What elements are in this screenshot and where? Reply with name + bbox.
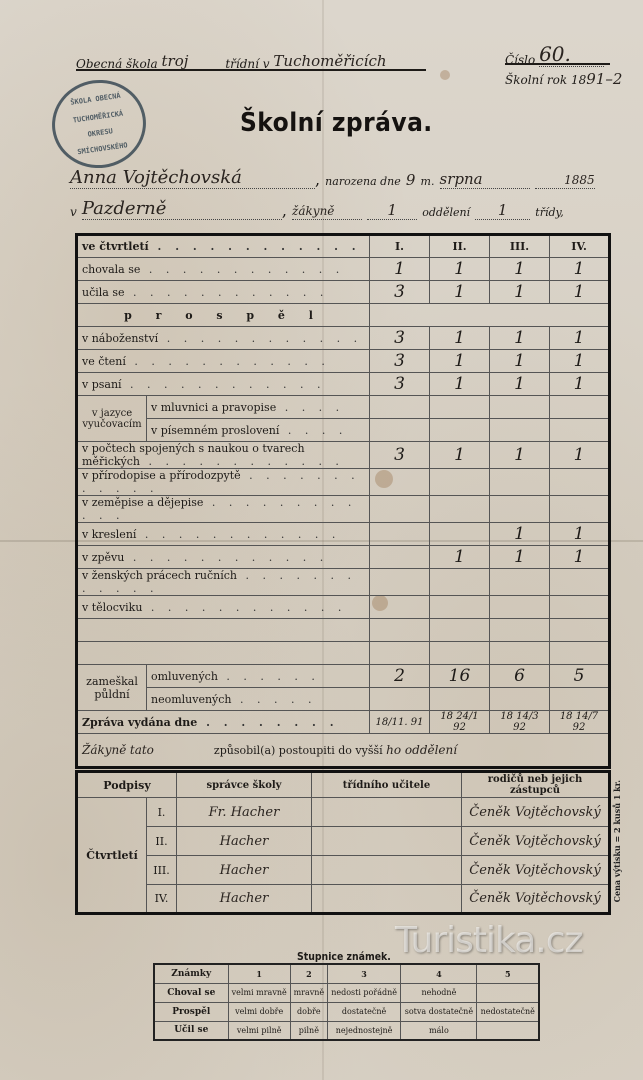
signature-column-header: správce školy <box>177 772 312 798</box>
quarter-header: I. <box>370 235 430 258</box>
signature-row: IV.HacherČeněk Vojtěchovský <box>77 885 610 914</box>
grade-cell <box>430 396 490 419</box>
number-field: Číslo 60. <box>505 42 610 62</box>
grade-cell <box>370 419 430 442</box>
grade-cell: 3 <box>370 442 430 469</box>
scale-header: 5 <box>477 964 539 983</box>
absence-count: 16 <box>430 665 490 688</box>
absence-count <box>430 688 490 711</box>
scale-value: velmi mravně <box>228 983 290 1002</box>
issued-date: 18/11. 91 <box>370 711 430 734</box>
number-rule <box>505 63 610 65</box>
absence-group-label: zameškal půldní <box>77 665 147 711</box>
grade-cell <box>550 496 610 523</box>
grade-cell <box>550 642 610 665</box>
class-teacher-signature <box>312 798 462 827</box>
signatures-heading: Podpisy <box>77 772 177 798</box>
grade-cell <box>490 619 550 642</box>
subject-row: v tělocviku . . . . . . . . . . . . <box>77 596 610 619</box>
quarter-header: IV. <box>550 235 610 258</box>
grade-cell <box>550 419 610 442</box>
head-teacher-signature: Hacher <box>177 827 312 856</box>
grade-cell: 1 <box>490 546 550 569</box>
row-label: v přírodopise a přírodozpytě . . . . . .… <box>77 469 370 496</box>
grade-cell <box>430 496 490 523</box>
progress-heading-row: p r o s p ě l <box>77 304 610 327</box>
absence-count: 6 <box>490 665 550 688</box>
scale-header: 2 <box>290 964 327 983</box>
scale-value <box>477 983 539 1002</box>
grade-cell <box>550 596 610 619</box>
row-label <box>77 619 370 642</box>
row-label: neomluvených . . . . . <box>147 688 370 711</box>
issued-row: Zpráva vydána dne . . . . . . . .18/11. … <box>77 711 610 734</box>
grade-cell: 1 <box>430 546 490 569</box>
grade-cell: 3 <box>370 350 430 373</box>
grade-cell <box>430 619 490 642</box>
grade-cell: 1 <box>550 546 610 569</box>
pupil-label: žákyně <box>292 204 334 218</box>
issued-date: 18 14/3 92 <box>490 711 550 734</box>
head-teacher-signature: Hacher <box>177 885 312 914</box>
school-year-label: Školní rok 18 <box>505 73 586 87</box>
school-classes-value: troj <box>162 52 189 70</box>
row-label: v písemném proslovení . . . . <box>147 419 370 442</box>
grade-cell: 1 <box>430 327 490 350</box>
parent-signature: Čeněk Vojtěchovský <box>462 798 610 827</box>
grade-cell: 1 <box>430 350 490 373</box>
place-value: Pazderně <box>82 198 167 219</box>
quarter-label-cell: ve čtvrtletí . . . . . . . . . . . . <box>77 235 370 258</box>
scale-value: sotva dostatečně <box>401 1002 477 1021</box>
quarter-group-label: Čtvrtletí <box>77 798 147 914</box>
grade-cell <box>430 596 490 619</box>
signature-row: II.HacherČeněk Vojtěchovský <box>77 827 610 856</box>
grade-cell <box>370 596 430 619</box>
issued-date: 18 24/1 92 <box>430 711 490 734</box>
place-prefix: v <box>70 205 77 219</box>
subject-row: v přírodopise a přírodozpytě . . . . . .… <box>77 469 610 496</box>
grade-cell: 1 <box>430 281 490 304</box>
grade-cell: 1 <box>550 373 610 396</box>
class-teacher-signature <box>312 827 462 856</box>
division-label: oddělení <box>422 206 470 219</box>
row-label: ve čtení . . . . . . . . . . . . <box>77 350 370 373</box>
school-header-line: Obecná škola troj třídní v Tuchoměřicích <box>76 52 426 70</box>
grade-cell: 1 <box>550 258 610 281</box>
scale-value: nejednostejně <box>327 1021 401 1040</box>
subject-row: v zeměpise a dějepise . . . . . . . . . … <box>77 496 610 523</box>
grade-cell: 3 <box>370 373 430 396</box>
subject-row: ve čtení . . . . . . . . . . . .3111 <box>77 350 610 373</box>
grade-cell <box>490 596 550 619</box>
quarter-header: II. <box>430 235 490 258</box>
division-value: 1 <box>387 201 397 219</box>
row-label: v kreslení . . . . . . . . . . . . <box>77 523 370 546</box>
grade-cell <box>430 569 490 596</box>
grade-cell: 1 <box>550 281 610 304</box>
scale-value: pilně <box>290 1021 327 1040</box>
grade-cell <box>550 469 610 496</box>
grade-cell: 1 <box>490 258 550 281</box>
scale-header: 4 <box>401 964 477 983</box>
header-rule <box>76 69 426 71</box>
born-month: srpna <box>440 170 483 188</box>
scale-row-label: Učil se <box>154 1021 228 1040</box>
issued-label: Zpráva vydána dne . . . . . . . . <box>77 711 370 734</box>
absence-count: 5 <box>550 665 610 688</box>
row-label <box>77 642 370 665</box>
signature-column-header: třídního učitele <box>312 772 462 798</box>
scale-row: Choval sevelmi mravněmravněnedosti pořád… <box>154 983 539 1002</box>
row-label: v tělocviku . . . . . . . . . . . . <box>77 596 370 619</box>
subject-row <box>77 619 610 642</box>
grade-cell <box>370 396 430 419</box>
parent-signature: Čeněk Vojtěchovský <box>462 827 610 856</box>
class-value: 1 <box>498 201 508 219</box>
row-label: v psaní . . . . . . . . . . . . <box>77 373 370 396</box>
grade-cell <box>430 523 490 546</box>
grades-table: ve čtvrtletí . . . . . . . . . . . .I.II… <box>75 233 611 769</box>
grade-cell <box>490 496 550 523</box>
class-teacher-signature <box>312 885 462 914</box>
grade-cell: 1 <box>550 442 610 469</box>
scale-row-label: Prospěl <box>154 1002 228 1021</box>
scale-header: 3 <box>327 964 401 983</box>
absence-count <box>370 688 430 711</box>
grade-cell: 1 <box>490 442 550 469</box>
grade-cell <box>370 619 430 642</box>
language-group-label: v jazyce vyučovacím <box>77 396 147 442</box>
signature-row: ČtvrtletíI.Fr. HacherČeněk Vojtěchovský <box>77 798 610 827</box>
school-year: Školní rok 1891–2 <box>505 70 622 88</box>
grade-cell: 3 <box>370 281 430 304</box>
born-month-label: m. <box>421 175 435 188</box>
scale-value: mravně <box>290 983 327 1002</box>
signature-row: III.HacherČeněk Vojtěchovský <box>77 856 610 885</box>
grade-cell: 1 <box>430 258 490 281</box>
place-line: v Pazderně, žákyně 1 oddělení 1 třídy, <box>70 198 610 222</box>
absence-count: 2 <box>370 665 430 688</box>
absence-count <box>490 688 550 711</box>
grade-cell: 3 <box>370 327 430 350</box>
grade-cell <box>490 396 550 419</box>
scale-header: 1 <box>228 964 290 983</box>
absence-count <box>550 688 610 711</box>
parent-signature: Čeněk Vojtěchovský <box>462 885 610 914</box>
grade-cell: 1 <box>490 373 550 396</box>
promotion-row: Žákyně tatozpůsobil(a) postoupiti do vyš… <box>77 734 610 768</box>
grade-scale-table: Známky12345Choval sevelmi mravněmravněne… <box>153 963 540 1041</box>
parent-signature: Čeněk Vojtěchovský <box>462 856 610 885</box>
conduct-row: učila se . . . . . . . . . . . .3111 <box>77 281 610 304</box>
scale-header-row: Známky12345 <box>154 964 539 983</box>
conduct-row: chovala se . . . . . . . . . . . .1111 <box>77 258 610 281</box>
quarter-header: III. <box>490 235 550 258</box>
grade-cell <box>490 469 550 496</box>
subject-row: v náboženství . . . . . . . . . . . .311… <box>77 327 610 350</box>
row-label: omluvených . . . . . . <box>147 665 370 688</box>
scale-row: Prospělvelmi dobředobředostatečněsotva d… <box>154 1002 539 1021</box>
grade-cell: 1 <box>550 327 610 350</box>
head-teacher-signature: Fr. Hacher <box>177 798 312 827</box>
blank-cell <box>370 304 610 327</box>
quarter-label: I. <box>147 798 177 827</box>
scale-value: velmi pilně <box>228 1021 290 1040</box>
subject-row: v počtech spojených s naukou o tvarech m… <box>77 442 610 469</box>
row-label: chovala se . . . . . . . . . . . . <box>77 258 370 281</box>
stain <box>440 70 450 80</box>
scale-row: Učil sevelmi pilněpilněnejednostejněmálo <box>154 1021 539 1040</box>
grade-cell: 1 <box>550 350 610 373</box>
class-label: třídy, <box>535 206 564 219</box>
grade-cell: 1 <box>430 373 490 396</box>
grade-cell: 1 <box>430 442 490 469</box>
row-label: v mluvnici a pravopise . . . . <box>147 396 370 419</box>
subject-row: v kreslení . . . . . . . . . . . .11 <box>77 523 610 546</box>
scale-row-label: Choval se <box>154 983 228 1002</box>
row-label: v zpěvu . . . . . . . . . . . . <box>77 546 370 569</box>
grade-cell <box>430 642 490 665</box>
scale-value: velmi dobře <box>228 1002 290 1021</box>
location-value: Tuchoměřicích <box>273 52 386 70</box>
price-note: Cena výtisku = 2 kusů 1 kr. <box>612 780 622 902</box>
student-line: Anna Vojtěchovská, narozena dne 9 m. srp… <box>70 167 610 191</box>
row-label: v zeměpise a dějepise . . . . . . . . . … <box>77 496 370 523</box>
absence-row: neomluvených . . . . . <box>77 688 610 711</box>
grade-cell <box>550 619 610 642</box>
scale-header: Známky <box>154 964 228 983</box>
grade-cell: 1 <box>490 327 550 350</box>
subject-row: v psaní . . . . . . . . . . . .3111 <box>77 373 610 396</box>
promotion-text: Žákyně tatozpůsobil(a) postoupiti do vyš… <box>77 734 610 768</box>
scale-value: nedostatečně <box>477 1002 539 1021</box>
scale-value: málo <box>401 1021 477 1040</box>
grade-cell <box>430 419 490 442</box>
grade-cell: 1 <box>370 258 430 281</box>
scale-value: nehodně <box>401 983 477 1002</box>
born-day: 9 <box>406 171 416 189</box>
grade-cell <box>370 496 430 523</box>
scale-value: nedosti pořádně <box>327 983 401 1002</box>
row-label: v počtech spojených s naukou o tvarech m… <box>77 442 370 469</box>
quarter-label: IV. <box>147 885 177 914</box>
school-year-value: 91–2 <box>586 70 622 88</box>
subject-row: v jazyce vyučovacímv mluvnici a pravopis… <box>77 396 610 419</box>
grade-cell <box>490 569 550 596</box>
subject-row: v písemném proslovení . . . . <box>77 419 610 442</box>
scale-value: dostatečně <box>327 1002 401 1021</box>
grade-cell: 1 <box>550 523 610 546</box>
grade-cell <box>370 523 430 546</box>
grade-cell <box>370 546 430 569</box>
class-teacher-signature <box>312 856 462 885</box>
born-year: 1885 <box>564 173 595 187</box>
grade-cell <box>370 469 430 496</box>
issued-date: 18 14/7 92 <box>550 711 610 734</box>
watermark: Turistika.cz <box>395 920 582 961</box>
quarter-label: III. <box>147 856 177 885</box>
subject-row: v zpěvu . . . . . . . . . . . .111 <box>77 546 610 569</box>
quarter-label: II. <box>147 827 177 856</box>
scale-value: dobře <box>290 1002 327 1021</box>
student-name: Anna Vojtěchovská <box>70 167 242 188</box>
row-label: v ženských prácech ručních . . . . . . .… <box>77 569 370 596</box>
subject-row: v ženských prácech ručních . . . . . . .… <box>77 569 610 596</box>
born-label: narozena dne <box>325 175 401 188</box>
grade-cell <box>430 469 490 496</box>
grade-cell <box>490 642 550 665</box>
signature-header-row: Podpisysprávce školytřídního učitelerodi… <box>77 772 610 798</box>
grade-cell <box>370 642 430 665</box>
grade-scale-title: Stupnice známek. <box>297 950 391 963</box>
absence-row: zameškal půldníomluvených . . . . . .216… <box>77 665 610 688</box>
grade-cell: 1 <box>490 350 550 373</box>
progress-heading: p r o s p ě l <box>77 304 370 327</box>
signatures-table: Podpisysprávce školytřídního učitelerodi… <box>75 770 611 915</box>
head-teacher-signature: Hacher <box>177 856 312 885</box>
row-label: učila se . . . . . . . . . . . . <box>77 281 370 304</box>
grade-cell <box>490 419 550 442</box>
grade-cell <box>550 396 610 419</box>
grade-cell: 1 <box>490 281 550 304</box>
row-label: v náboženství . . . . . . . . . . . . <box>77 327 370 350</box>
scale-value <box>477 1021 539 1040</box>
grade-cell <box>550 569 610 596</box>
document-title: Školní zpráva. <box>240 108 433 138</box>
subject-row <box>77 642 610 665</box>
signature-column-header: rodičů neb jejich zástupců <box>462 772 610 798</box>
grade-cell <box>370 569 430 596</box>
grade-cell: 1 <box>490 523 550 546</box>
table-header-row: ve čtvrtletí . . . . . . . . . . . .I.II… <box>77 235 610 258</box>
